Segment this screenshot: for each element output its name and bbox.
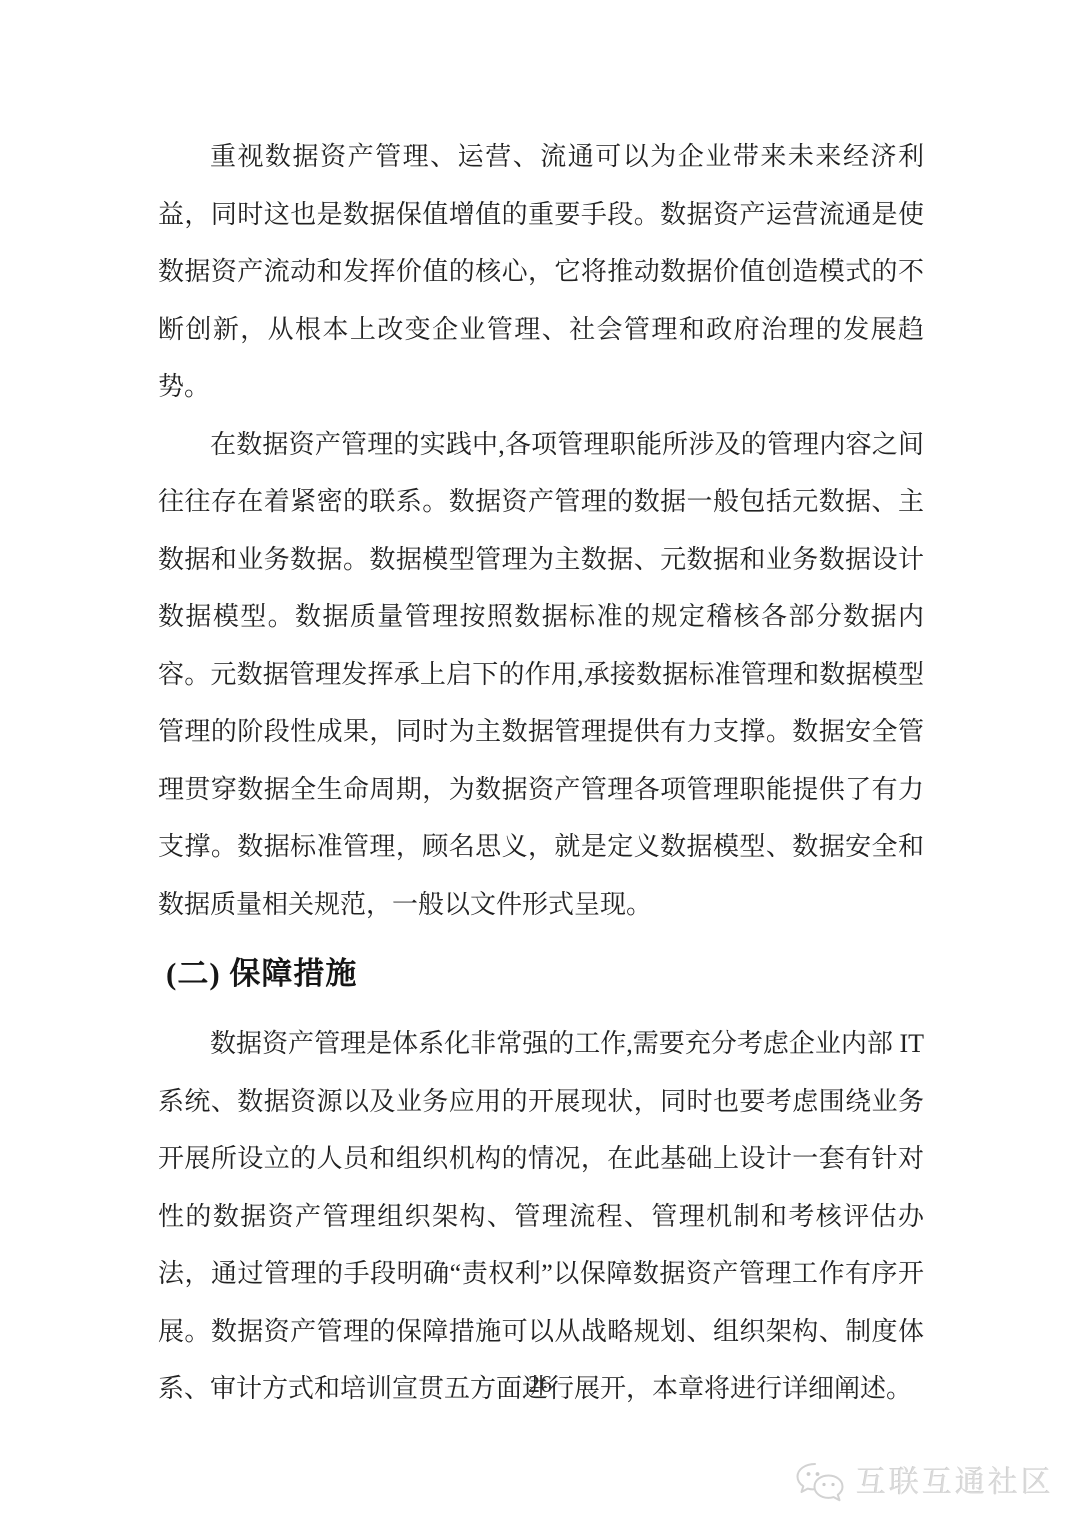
page-number: 26 <box>0 1372 1080 1399</box>
page-content: 重视数据资产管理、运营、流通可以为企业带来未来经济利益，同时这也是数据保值增值的… <box>158 128 924 1418</box>
paragraph-safeguard-overview: 数据资产管理是体系化非常强的工作,需要充分考虑企业内部 IT 系统、数据资源以及… <box>158 1015 924 1418</box>
paragraph-management-functions: 在数据资产管理的实践中,各项管理职能所涉及的管理内容之间往往存在着紧密的联系。数… <box>158 416 924 934</box>
watermark-text: 互联互通社区 <box>856 1460 1054 1506</box>
section-heading-safeguard-measures: (二) 保障措施 <box>166 945 924 1003</box>
watermark: 互联互通社区 <box>794 1460 1054 1506</box>
document-page: 重视数据资产管理、运营、流通可以为企业带来未来经济利益，同时这也是数据保值增值的… <box>0 0 1080 1527</box>
wechat-chat-bubbles-icon <box>794 1461 848 1505</box>
paragraph-data-asset-value: 重视数据资产管理、运营、流通可以为企业带来未来经济利益，同时这也是数据保值增值的… <box>158 128 924 416</box>
